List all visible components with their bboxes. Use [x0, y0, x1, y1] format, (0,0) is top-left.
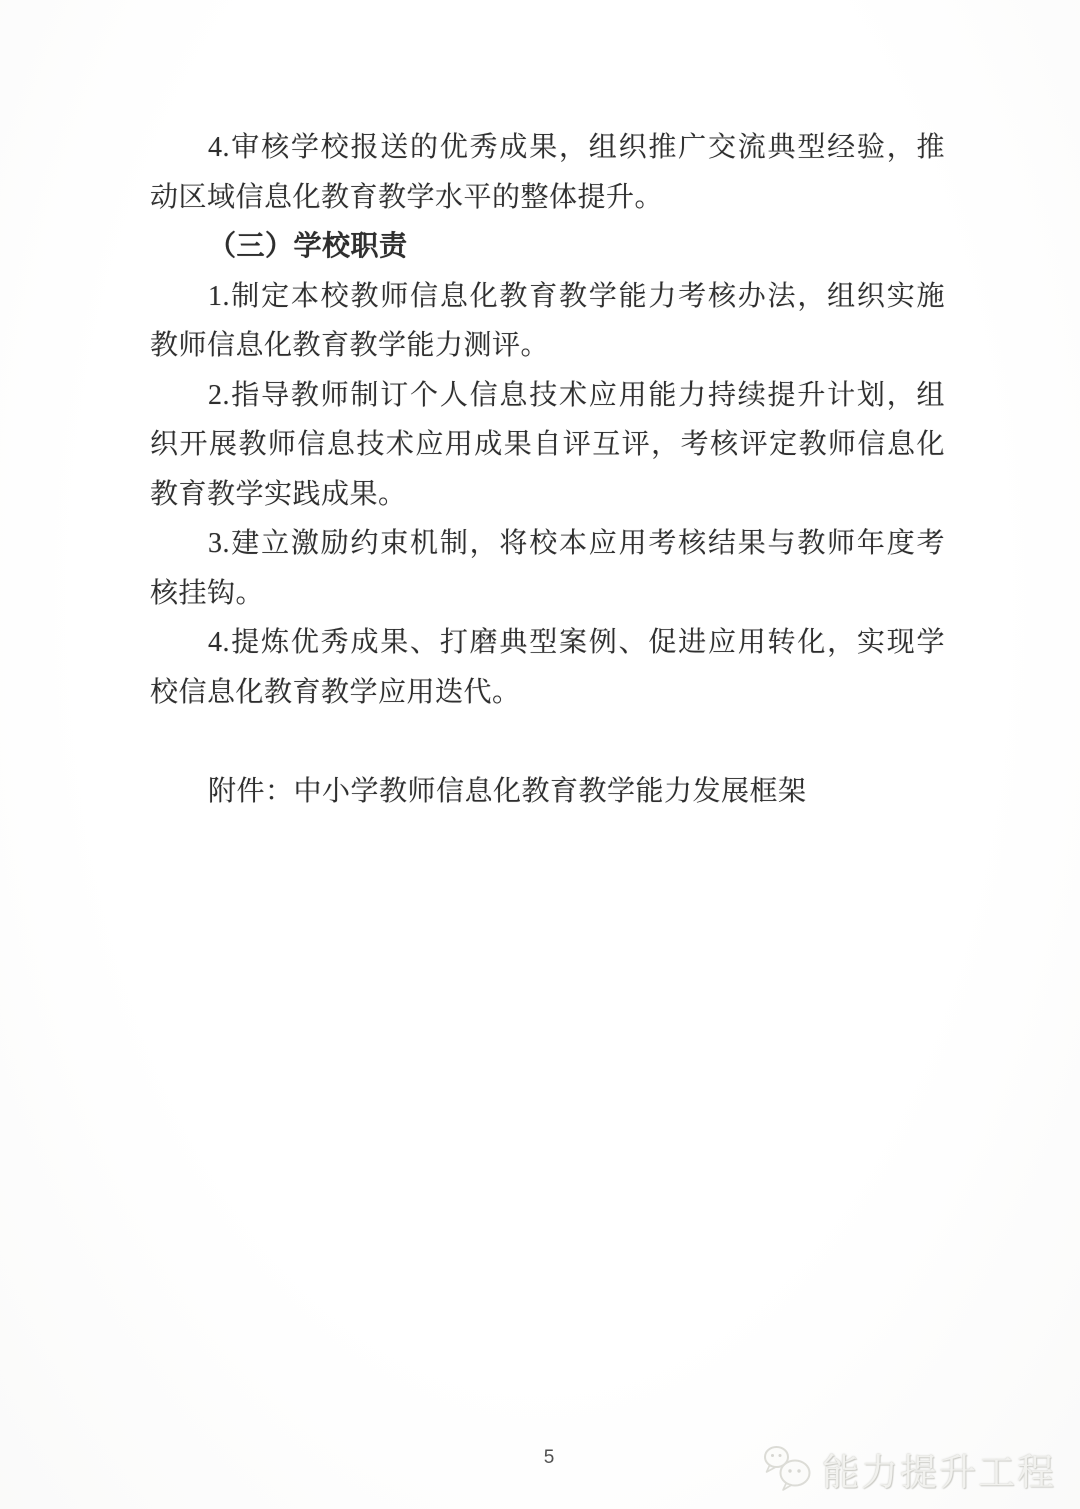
document-line: 核挂钩。: [150, 569, 945, 619]
document-line: 2.指导教师制订个人信息技术应用能力持续提升计划，组: [150, 371, 945, 421]
document-line: 1.制定本校教师信息化教育教学能力考核办法，组织实施: [150, 272, 945, 322]
document-line: 校信息化教育教学应用迭代。: [150, 668, 945, 718]
document-line: 4.提炼优秀成果、打磨典型案例、促进应用转化，实现学: [150, 618, 945, 668]
document-line: 3.建立激励约束机制，将校本应用考核结果与教师年度考: [150, 519, 945, 569]
document-body: 4.审核学校报送的优秀成果，组织推广交流典型经验，推 动区域信息化教育教学水平的…: [150, 123, 945, 816]
section-heading: （三）学校职责: [150, 222, 945, 272]
document-line: 织开展教师信息技术应用成果自评互评，考核评定教师信息化: [150, 420, 945, 470]
document-page: 4.审核学校报送的优秀成果，组织推广交流典型经验，推 动区域信息化教育教学水平的…: [0, 0, 1080, 1509]
document-line: 教育教学实践成果。: [150, 470, 945, 520]
document-line: 4.审核学校报送的优秀成果，组织推广交流典型经验，推: [150, 123, 945, 173]
page-number: 5: [0, 1447, 1080, 1469]
document-line: 动区域信息化教育教学水平的整体提升。: [150, 173, 945, 223]
attachment-line: 附件：中小学教师信息化教育教学能力发展框架: [150, 767, 945, 817]
document-line: 教师信息化教育教学能力测评。: [150, 321, 945, 371]
